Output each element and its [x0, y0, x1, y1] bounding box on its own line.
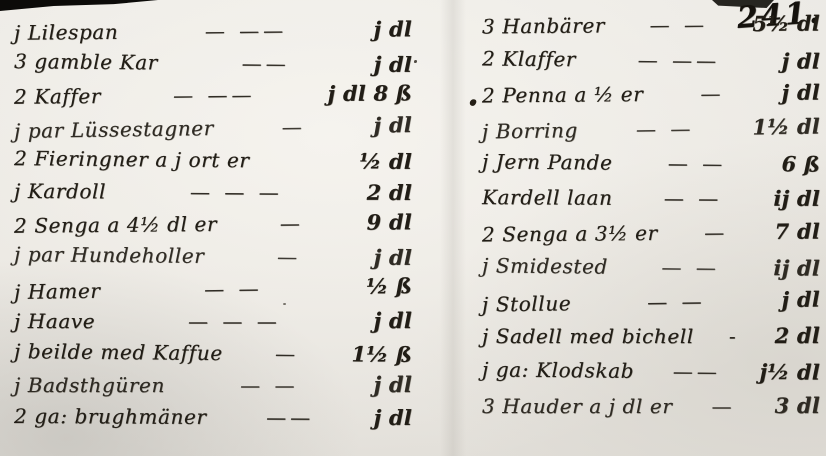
dash-stroke: -	[694, 324, 775, 348]
ledger-row: j Smidested — — ij dl	[482, 253, 820, 291]
ledger-row: 2 Penna a ½ er — j dl	[482, 80, 820, 118]
ledger-value-text: j dl	[374, 308, 412, 333]
ledger-item-text: 2 Senga a 4½ dl er	[14, 212, 217, 238]
ledger-item-text: j Borring	[482, 118, 578, 143]
ledger-value-text: j dl	[374, 245, 413, 270]
ledger-row: j Haave — — — j dl	[14, 308, 412, 340]
ledger-item-text: 2 Klaffer	[482, 46, 576, 71]
ledger-value-text: j dl 8 ß	[327, 81, 412, 107]
dash-stroke: — — —	[106, 179, 367, 204]
ledger-value-text: ij dl	[773, 255, 820, 280]
ledger-item-text: j Jern Pande	[482, 150, 613, 175]
ledger-value-text: j dl	[781, 80, 820, 105]
ledger-item-text: j ga: Klodskab	[482, 357, 634, 382]
ledger-row: j Stollue — — j dl	[482, 286, 820, 326]
dash-stroke: — —	[612, 151, 781, 177]
ledger-row: 3 gamble Kar —— j dl	[14, 48, 412, 84]
ledger-value-text: j dl	[373, 16, 412, 41]
ledger-value-text: 1½ ß	[351, 341, 412, 367]
ledger-value-text: 2 dl	[367, 180, 413, 205]
dash-stroke: — —	[608, 255, 774, 281]
ledger-value-text: j dl	[374, 405, 413, 430]
ledger-value-text: j dl	[374, 372, 412, 397]
ledger-row: j Badsthgüren — — j dl	[14, 372, 412, 404]
dash-stroke: —	[658, 219, 775, 244]
ledger-row: j Kardoll — — — 2 dl	[14, 178, 412, 212]
ledger-value-text: 5½ dl	[752, 11, 820, 37]
dash-stroke	[249, 167, 359, 168]
ledger-row: j ga: Klodskab —— j½ dl	[482, 356, 820, 394]
ledger-item-text: j par Hundeholler	[14, 242, 205, 268]
ledger-row: j par Lüssestagner — j dl	[14, 112, 412, 150]
dash-stroke: — ——	[118, 18, 373, 44]
ledger-item-text: j par Lüssestagner	[14, 116, 214, 143]
ledger-row: 2 Senga a 4½ dl er — 9 dl	[14, 209, 412, 245]
ledger-item-text: j Smidested	[482, 254, 608, 279]
ledger-value-text: j½ dl	[759, 359, 820, 385]
ledger-item-text: 2 Kaffer	[14, 84, 101, 109]
dash-stroke: — —	[613, 186, 774, 211]
ledger-value-text: 1½ dl	[752, 113, 820, 139]
dash-stroke: —	[672, 394, 774, 418]
ledger-row: j Hamer — — ½ ß	[14, 273, 412, 311]
dash-stroke: ——	[158, 51, 374, 77]
ledger-item-text: 2 Fieringner a j ort er	[14, 146, 250, 172]
ledger-column-left: j Lilespan — —— j dl 3 gamble Kar —— j d…	[14, 18, 412, 436]
ledger-row: j beilde med Kaffue — 1½ ß	[14, 338, 412, 374]
dash-stroke: — —	[571, 288, 782, 315]
dash-stroke: —	[643, 81, 781, 106]
ledger-item-text: j Badsthgüren	[14, 373, 165, 397]
page-gutter-shading	[440, 0, 466, 456]
ledger-item-text: j Hamer	[14, 278, 101, 303]
ledger-value-text: 3 dl	[775, 393, 820, 418]
ledger-row: 2 ga: brughmäner —— j dl	[14, 403, 412, 437]
ledger-row: j par Hundeholler — j dl	[14, 241, 412, 277]
ledger-row: j Jern Pande — — 6 ß	[482, 149, 820, 187]
ledger-item-text: 2 ga: brughmäner	[14, 404, 207, 429]
ledger-row: 2 Fieringner a j ort er ½ dl	[14, 145, 412, 181]
ledger-value-text: 2 dl	[775, 323, 820, 348]
ledger-item-text: j beilde med Kaffue	[14, 339, 223, 365]
dash-stroke: —	[223, 341, 352, 366]
dash-stroke: — —	[165, 373, 374, 397]
ledger-value-text: ½ ß	[366, 273, 412, 299]
ledger-item-text: 2 Senga a 3½ er	[482, 221, 658, 247]
dash-stroke: ——	[207, 405, 374, 430]
ledger-item-text: j Haave	[14, 309, 95, 333]
ledger-item-text: 2 Penna a ½ er	[482, 82, 644, 107]
manuscript-scan: 241. j Lilespan — —— j dl 3 gamble Kar —…	[0, 0, 826, 456]
ledger-item-text: j Kardoll	[14, 179, 106, 203]
dash-stroke: — ——	[101, 82, 328, 108]
ledger-item-text: Kardell laan	[482, 185, 613, 210]
ledger-row: 3 Hanbärer — — 5½ dl	[482, 11, 820, 49]
ledger-value-text: 6 ß	[781, 152, 820, 177]
ledger-item-text: 3 Hauder a j dl er	[482, 394, 672, 418]
ledger-column-right: 3 Hanbärer — — 5½ dl 2 Klaffer — —— j dl…	[482, 12, 820, 427]
ledger-row: 2 Klaffer — —— j dl	[482, 45, 820, 83]
ledger-row: j Sadell med bichell - 2 dl	[482, 323, 820, 358]
ledger-value-text: 9 dl	[366, 209, 412, 234]
ledger-row: j Borring — — 1½ dl	[482, 113, 820, 153]
ledger-value-text: j dl	[781, 286, 820, 312]
ledger-item-text: 3 gamble Kar	[14, 49, 158, 74]
dash-stroke: — ——	[576, 47, 782, 73]
ledger-item-text: j Sadell med bichell	[482, 324, 694, 348]
ledger-row: 3 Hauder a j dl er — 3 dl	[482, 393, 820, 428]
dash-stroke: — — —	[95, 309, 373, 333]
ink-blot	[414, 60, 417, 63]
ledger-row: 2 Kaffer — —— j dl 8 ß	[14, 81, 412, 117]
ledger-value-text: ½ dl	[359, 148, 412, 174]
ledger-item-text: 3 Hanbärer	[482, 13, 605, 38]
ledger-value-text: j dl	[373, 112, 412, 138]
scan-edge-artifact-top-left	[0, 0, 158, 11]
ink-blot	[469, 98, 477, 107]
ledger-item-text: j Stollue	[482, 291, 572, 316]
dash-stroke: — —	[578, 115, 753, 142]
ledger-value-text: j dl	[782, 48, 821, 73]
ledger-value-text: j dl	[374, 52, 413, 77]
ledger-row: 2 Senga a 3½ er — 7 dl	[482, 218, 820, 256]
ledger-item-text: j Lilespan	[14, 20, 119, 45]
dash-stroke: —	[217, 211, 367, 236]
dash-stroke: —	[204, 244, 373, 270]
ledger-value-text: 7 dl	[774, 218, 820, 243]
dash-stroke: — —	[605, 12, 753, 37]
dash-stroke: — —	[100, 274, 366, 302]
dash-stroke: —	[214, 113, 374, 139]
ledger-row: j Lilespan — —— j dl	[14, 16, 412, 52]
dash-stroke: ——	[634, 359, 760, 384]
ledger-value-text: ij dl	[773, 186, 820, 211]
ledger-row: Kardell laan — — ij dl	[482, 184, 820, 220]
